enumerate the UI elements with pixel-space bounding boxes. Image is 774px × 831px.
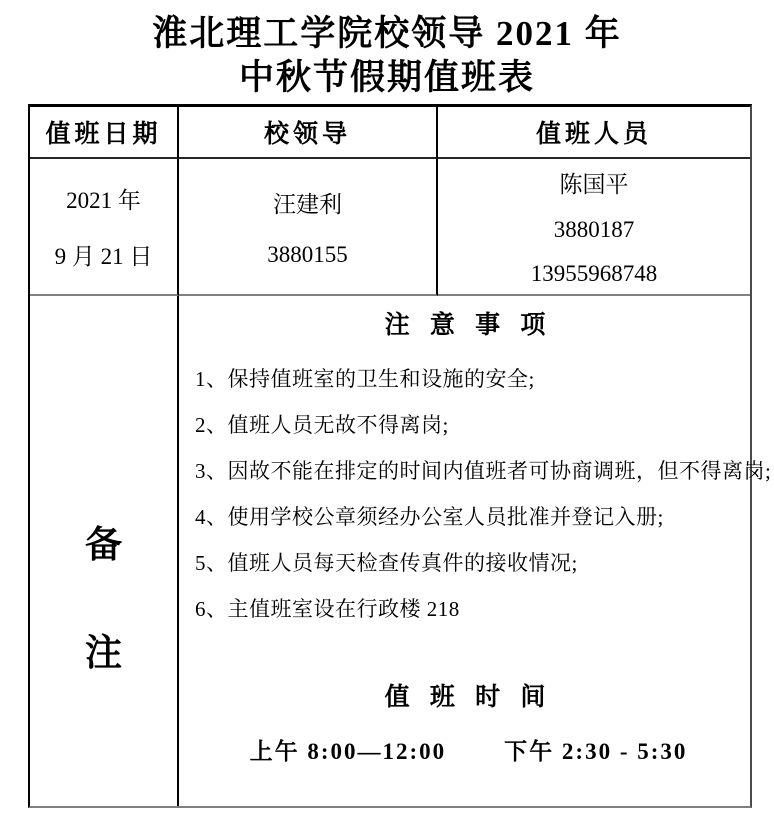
document-title-line1: 淮北理工学院校领导 2021 年: [0, 12, 774, 56]
document-title: 淮北理工学院校领导 2021 年 中秋节假期值班表: [0, 12, 774, 100]
document-page: 淮北理工学院校领导 2021 年 中秋节假期值班表 值班日期 校领导 值班人员 …: [0, 0, 774, 831]
duty-schedule-table: 值班日期 校领导 值班人员 2021 年 9 月 21 日 汪建利 388015…: [28, 104, 752, 808]
notice-item-4: 4、使用学校公章须经办公室人员批准并登记入册;: [195, 493, 742, 539]
duty-time-afternoon: 下午 2:30 - 5:30: [504, 733, 687, 766]
cell-school-leader: 汪建利 3880155: [179, 159, 438, 296]
duty-date-year: 2021 年: [66, 182, 141, 215]
remarks-label-char-1: 备: [85, 514, 122, 568]
duty-time-section-title: 值 班 时 间: [195, 682, 742, 714]
notice-item-5: 5、值班人员每天检查传真件的接收情况;: [195, 539, 742, 585]
cell-remarks-label: 备 注: [30, 296, 179, 806]
cell-remarks-content: 注 意 事 项 1、保持值班室的卫生和设施的安全; 2、值班人员无故不得离岗; …: [179, 296, 750, 806]
notice-item-3: 3、因故不能在排定的时间内值班者可协商调班，但不得离岗;: [195, 447, 742, 493]
staff-phone-office: 3880187: [554, 217, 635, 243]
notice-item-2: 2、值班人员无故不得离岗;: [195, 401, 742, 447]
duty-date-day: 9 月 21 日: [55, 238, 153, 271]
remarks-label-char-2: 注: [85, 622, 122, 676]
staff-name: 陈国平: [560, 166, 629, 199]
leader-name: 汪建利: [273, 186, 342, 219]
notice-list: 1、保持值班室的卫生和设施的安全; 2、值班人员无故不得离岗; 3、因故不能在排…: [195, 355, 742, 631]
duty-time-morning: 上午 8:00—12:00: [250, 733, 447, 766]
duty-times: 上午 8:00—12:00 下午 2:30 - 5:30: [195, 733, 742, 766]
header-school-leader: 校领导: [179, 107, 438, 159]
header-duty-personnel: 值班人员: [438, 107, 750, 159]
notice-section-title: 注 意 事 项: [195, 310, 742, 342]
leader-phone: 3880155: [267, 242, 348, 268]
cell-duty-personnel: 陈国平 3880187 13955968748: [438, 159, 750, 296]
document-title-line2: 中秋节假期值班表: [0, 56, 774, 100]
header-duty-date: 值班日期: [30, 107, 179, 159]
notice-item-1: 1、保持值班室的卫生和设施的安全;: [195, 355, 742, 401]
staff-phone-mobile: 13955968748: [531, 261, 658, 287]
notice-item-6: 6、主值班室设在行政楼 218: [195, 585, 742, 631]
cell-duty-date: 2021 年 9 月 21 日: [30, 159, 179, 296]
